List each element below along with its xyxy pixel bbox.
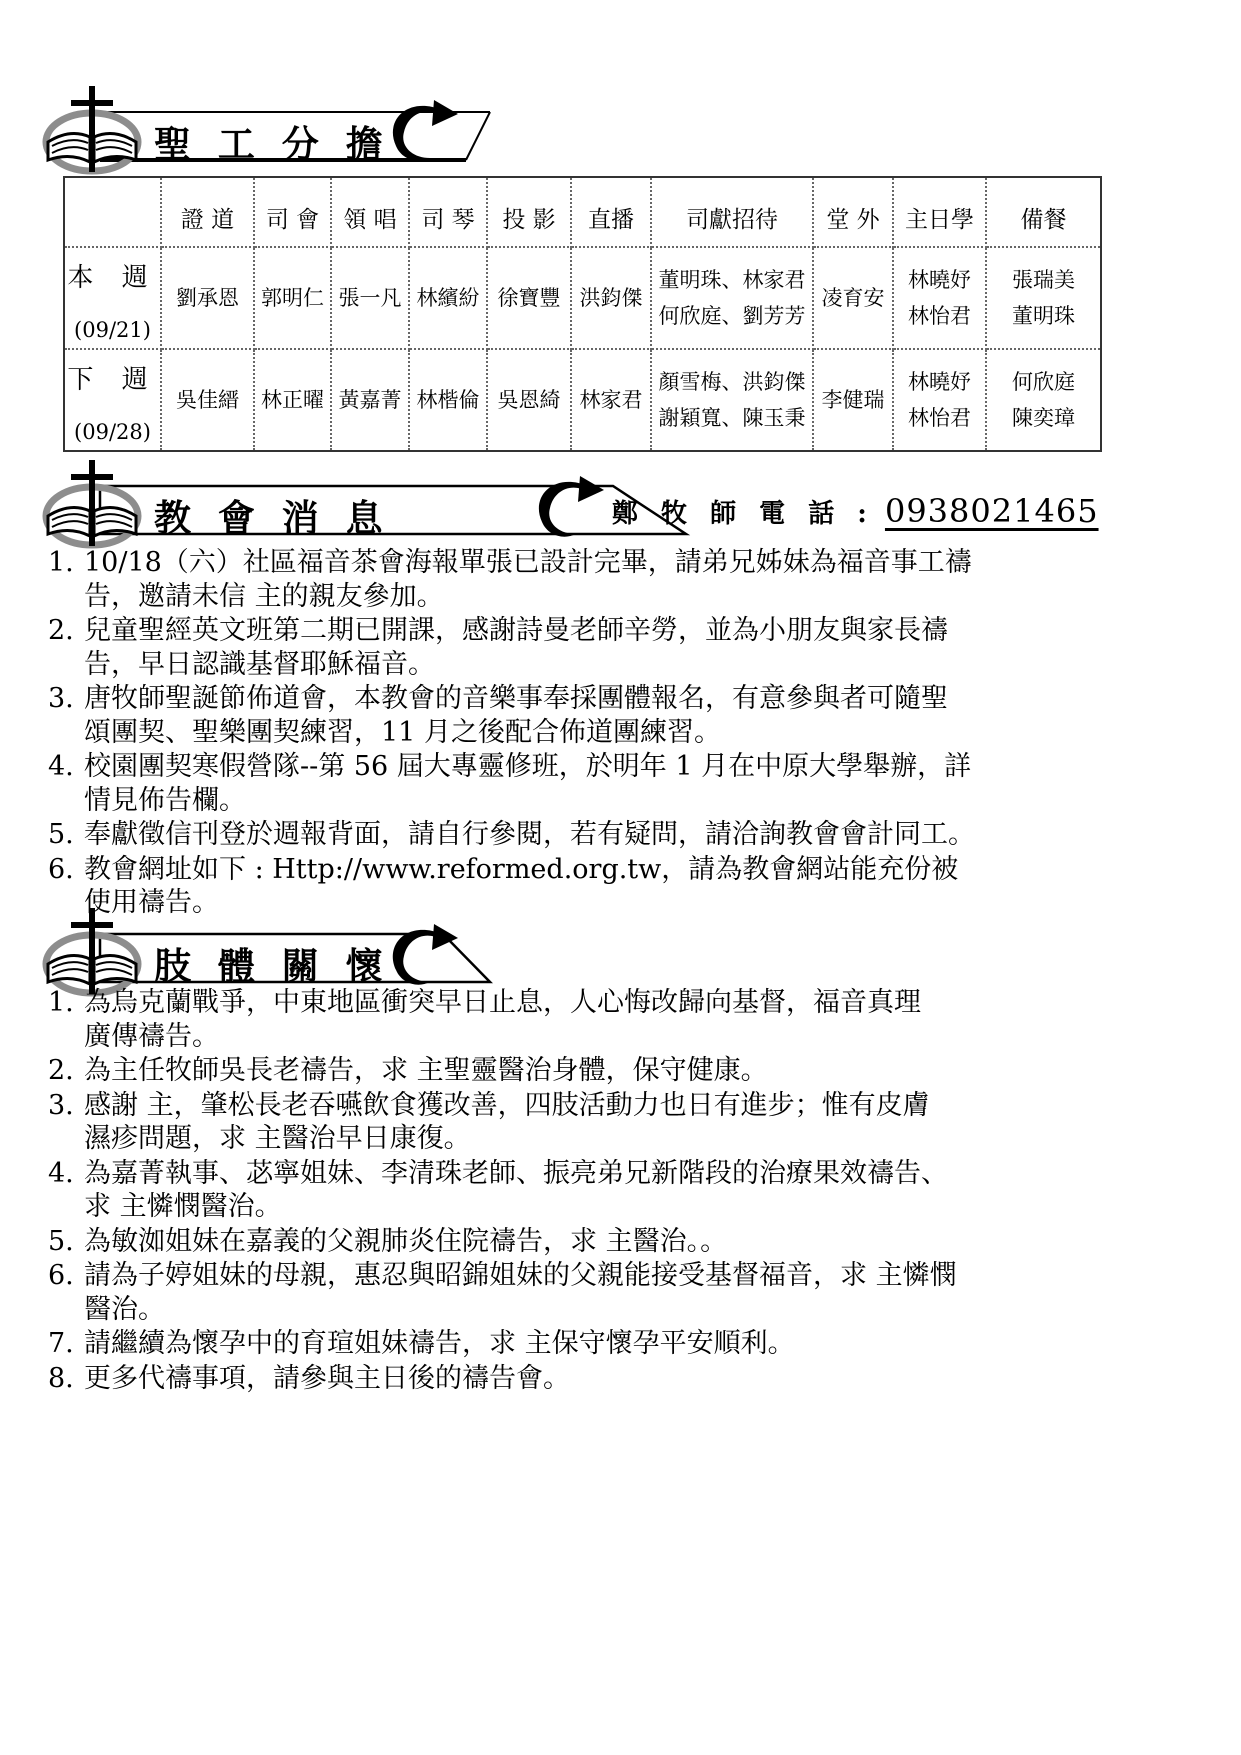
duty-cell: 吳佳縉 <box>161 349 254 451</box>
duty-col-header: 領 唱 <box>331 177 409 247</box>
item-number: 1. <box>48 546 84 613</box>
care-item: 5.為敏洳姐妹在嘉義的父親肺炎住院禱告，求 主醫治。。 <box>48 1225 1198 1259</box>
duty-col-header: 主日學 <box>893 177 986 247</box>
duty-cell: 張瑞美 董明珠 <box>986 247 1101 349</box>
duty-cell: 林家君 <box>571 349 651 451</box>
pastor-phone: 鄭 牧 師 電 話 : 0938021465 <box>612 492 1099 530</box>
duty-cell: 董明珠、林家君 何欣庭、劉芳芳 <box>651 247 813 349</box>
item-number: 1. <box>48 986 84 1053</box>
news-list: 1.10/18（六）社區福音茶會海報單張已設計完畢，請弟兄姊妹為福音事工禱 告，… <box>48 546 1190 921</box>
item-text: 兒童聖經英文班第二期已開課，感謝詩曼老師辛勞，並為小朋友與家長禱 告，早日認識基… <box>84 614 1190 681</box>
care-item: 7.請繼續為懷孕中的育瑄姐妹禱告，求 主保守懷孕平安順利。 <box>48 1327 1198 1361</box>
week-label: 下 週 <box>65 362 160 398</box>
duty-cell: 劉承恩 <box>161 247 254 349</box>
item-text: 更多代禱事項，請參與主日後的禱告會。 <box>84 1362 1198 1396</box>
duty-col-header: 備餐 <box>986 177 1101 247</box>
care-item: 2.為主任牧師吳長老禱告，求 主聖靈醫治身體，保守健康。 <box>48 1054 1198 1088</box>
week-date: (09/21) <box>65 312 160 348</box>
item-text: 請為子婷姐妹的母親，惠忍與昭錦姐妹的父親能接受基督福音，求 主憐憫 醫治。 <box>84 1259 1198 1326</box>
item-number: 4. <box>48 1157 84 1224</box>
item-text: 為嘉菁執事、苾寧姐妹、李清珠老師、振亮弟兄新階段的治療果效禱告、 求 主憐憫醫治… <box>84 1157 1198 1224</box>
item-number: 7. <box>48 1327 84 1361</box>
item-number: 2. <box>48 614 84 681</box>
duty-col-header: 證 道 <box>161 177 254 247</box>
item-number: 3. <box>48 682 84 749</box>
duty-cell: 林楷倫 <box>409 349 487 451</box>
care-item: 3.感謝 主，肇松長老吞嚥飲食獲改善，四肢活動力也日有進步；惟有皮膚 濕疹問題，… <box>48 1089 1198 1156</box>
section-title-duty: 聖 工 分 擔 <box>154 114 390 168</box>
item-text: 奉獻徵信刊登於週報背面，請自行參閱，若有疑問，請洽詢教會會計同工。 <box>84 818 1190 852</box>
care-item: 4.為嘉菁執事、苾寧姐妹、李清珠老師、振亮弟兄新階段的治療果效禱告、 求 主憐憫… <box>48 1157 1198 1224</box>
item-text: 感謝 主，肇松長老吞嚥飲食獲改善，四肢活動力也日有進步；惟有皮膚 濕疹問題，求 … <box>84 1089 1198 1156</box>
duty-col-header: 投 影 <box>487 177 571 247</box>
item-text: 為主任牧師吳長老禱告，求 主聖靈醫治身體，保守健康。 <box>84 1054 1198 1088</box>
duty-col-header: 司 琴 <box>409 177 487 247</box>
item-text: 為敏洳姐妹在嘉義的父親肺炎住院禱告，求 主醫治。。 <box>84 1225 1198 1259</box>
duty-cell: 何欣庭 陳奕璋 <box>986 349 1101 451</box>
care-item: 6.請為子婷姐妹的母親，惠忍與昭錦姐妹的父親能接受基督福音，求 主憐憫 醫治。 <box>48 1259 1198 1326</box>
news-item: 4.校園團契寒假營隊--第 56 屆大專靈修班，於明年 1 月在中原大學舉辦，詳… <box>48 750 1190 817</box>
item-number: 3. <box>48 1089 84 1156</box>
week-date: (09/28) <box>65 414 160 450</box>
swoosh-arrow-icon <box>393 100 458 161</box>
duty-row: 下 週(09/28)吳佳縉林正曜黃嘉菁林楷倫吳恩綺林家君顏雪梅、洪鈞傑 謝穎寬、… <box>64 349 1101 451</box>
duty-cell: 吳恩綺 <box>487 349 571 451</box>
duty-cell: 洪鈞傑 <box>571 247 651 349</box>
duty-table: 證 道司 會領 唱司 琴投 影直播司獻招待堂 外主日學備餐 本 週(09/21)… <box>63 176 1102 452</box>
duty-cell: 徐寶豐 <box>487 247 571 349</box>
care-item: 1.為烏克蘭戰爭，中東地區衝突早日止息，人心悔改歸向基督，福音真理 廣傳禱告。 <box>48 986 1198 1053</box>
duty-cell: 黃嘉菁 <box>331 349 409 451</box>
item-text: 請繼續為懷孕中的育瑄姐妹禱告，求 主保守懷孕平安順利。 <box>84 1327 1198 1361</box>
item-text: 10/18（六）社區福音茶會海報單張已設計完畢，請弟兄姊妹為福音事工禱 告，邀請… <box>84 546 1190 613</box>
duty-corner-cell <box>64 177 161 247</box>
duty-cell: 林繽紛 <box>409 247 487 349</box>
item-text: 校園團契寒假營隊--第 56 屆大專靈修班，於明年 1 月在中原大學舉辦，詳 情… <box>84 750 1190 817</box>
item-number: 5. <box>48 1225 84 1259</box>
news-item: 3.唐牧師聖誕節佈道會，本教會的音樂事奉採團體報名，有意參與者可隨聖 頌團契、聖… <box>48 682 1190 749</box>
item-number: 5. <box>48 818 84 852</box>
care-list: 1.為烏克蘭戰爭，中東地區衝突早日止息，人心悔改歸向基督，福音真理 廣傳禱告。2… <box>48 986 1198 1396</box>
duty-row-label: 下 週(09/28) <box>64 349 161 451</box>
church-logo-icon <box>46 460 138 546</box>
duty-cell: 林正曜 <box>254 349 331 451</box>
duty-row-label: 本 週(09/21) <box>64 247 161 349</box>
news-item: 5.奉獻徵信刊登於週報背面，請自行參閱，若有疑問，請洽詢教會會計同工。 <box>48 818 1190 852</box>
item-number: 6. <box>48 1259 84 1326</box>
duty-col-header: 直播 <box>571 177 651 247</box>
duty-header-row: 證 道司 會領 唱司 琴投 影直播司獻招待堂 外主日學備餐 <box>64 177 1101 247</box>
news-item: 2.兒童聖經英文班第二期已開課，感謝詩曼老師辛勞，並為小朋友與家長禱 告，早日認… <box>48 614 1190 681</box>
duty-cell: 顏雪梅、洪鈞傑 謝穎寬、陳玉秉 <box>651 349 813 451</box>
item-text: 唐牧師聖誕節佈道會，本教會的音樂事奉採團體報名，有意參與者可隨聖 頌團契、聖樂團… <box>84 682 1190 749</box>
duty-cell: 張一凡 <box>331 247 409 349</box>
item-number: 2. <box>48 1054 84 1088</box>
pastor-phone-number: 0938021465 <box>885 492 1099 530</box>
duty-row: 本 週(09/21)劉承恩郭明仁張一凡林繽紛徐寶豐洪鈞傑董明珠、林家君 何欣庭、… <box>64 247 1101 349</box>
news-item: 1.10/18（六）社區福音茶會海報單張已設計完畢，請弟兄姊妹為福音事工禱 告，… <box>48 546 1190 613</box>
section-banner-duty: 聖 工 分 擔 <box>38 84 508 180</box>
duty-cell: 李健瑞 <box>813 349 893 451</box>
church-logo-icon <box>46 86 138 172</box>
bulletin-page: 聖 工 分 擔 證 道司 會領 唱司 琴投 影直播司獻招待堂 外主日學備餐 本 … <box>0 0 1241 1755</box>
duty-col-header: 司 會 <box>254 177 331 247</box>
care-item: 8.更多代禱事項，請參與主日後的禱告會。 <box>48 1362 1198 1396</box>
duty-cell: 郭明仁 <box>254 247 331 349</box>
duty-col-header: 司獻招待 <box>651 177 813 247</box>
church-logo-icon <box>46 908 138 994</box>
duty-cell: 林曉妤 林怡君 <box>893 247 986 349</box>
item-text: 為烏克蘭戰爭，中東地區衝突早日止息，人心悔改歸向基督，福音真理 廣傳禱告。 <box>84 986 1198 1053</box>
week-label: 本 週 <box>65 260 160 296</box>
item-number: 4. <box>48 750 84 817</box>
item-number: 8. <box>48 1362 84 1396</box>
duty-col-header: 堂 外 <box>813 177 893 247</box>
duty-table-body: 本 週(09/21)劉承恩郭明仁張一凡林繽紛徐寶豐洪鈞傑董明珠、林家君 何欣庭、… <box>64 247 1101 451</box>
section-title-news: 教 會 消 息 <box>154 488 390 542</box>
duty-cell: 林曉妤 林怡君 <box>893 349 986 451</box>
pastor-phone-label: 鄭 牧 師 電 話 : <box>612 499 874 529</box>
duty-cell: 凌育安 <box>813 247 893 349</box>
section-title-care: 肢 體 關 懷 <box>154 936 390 990</box>
